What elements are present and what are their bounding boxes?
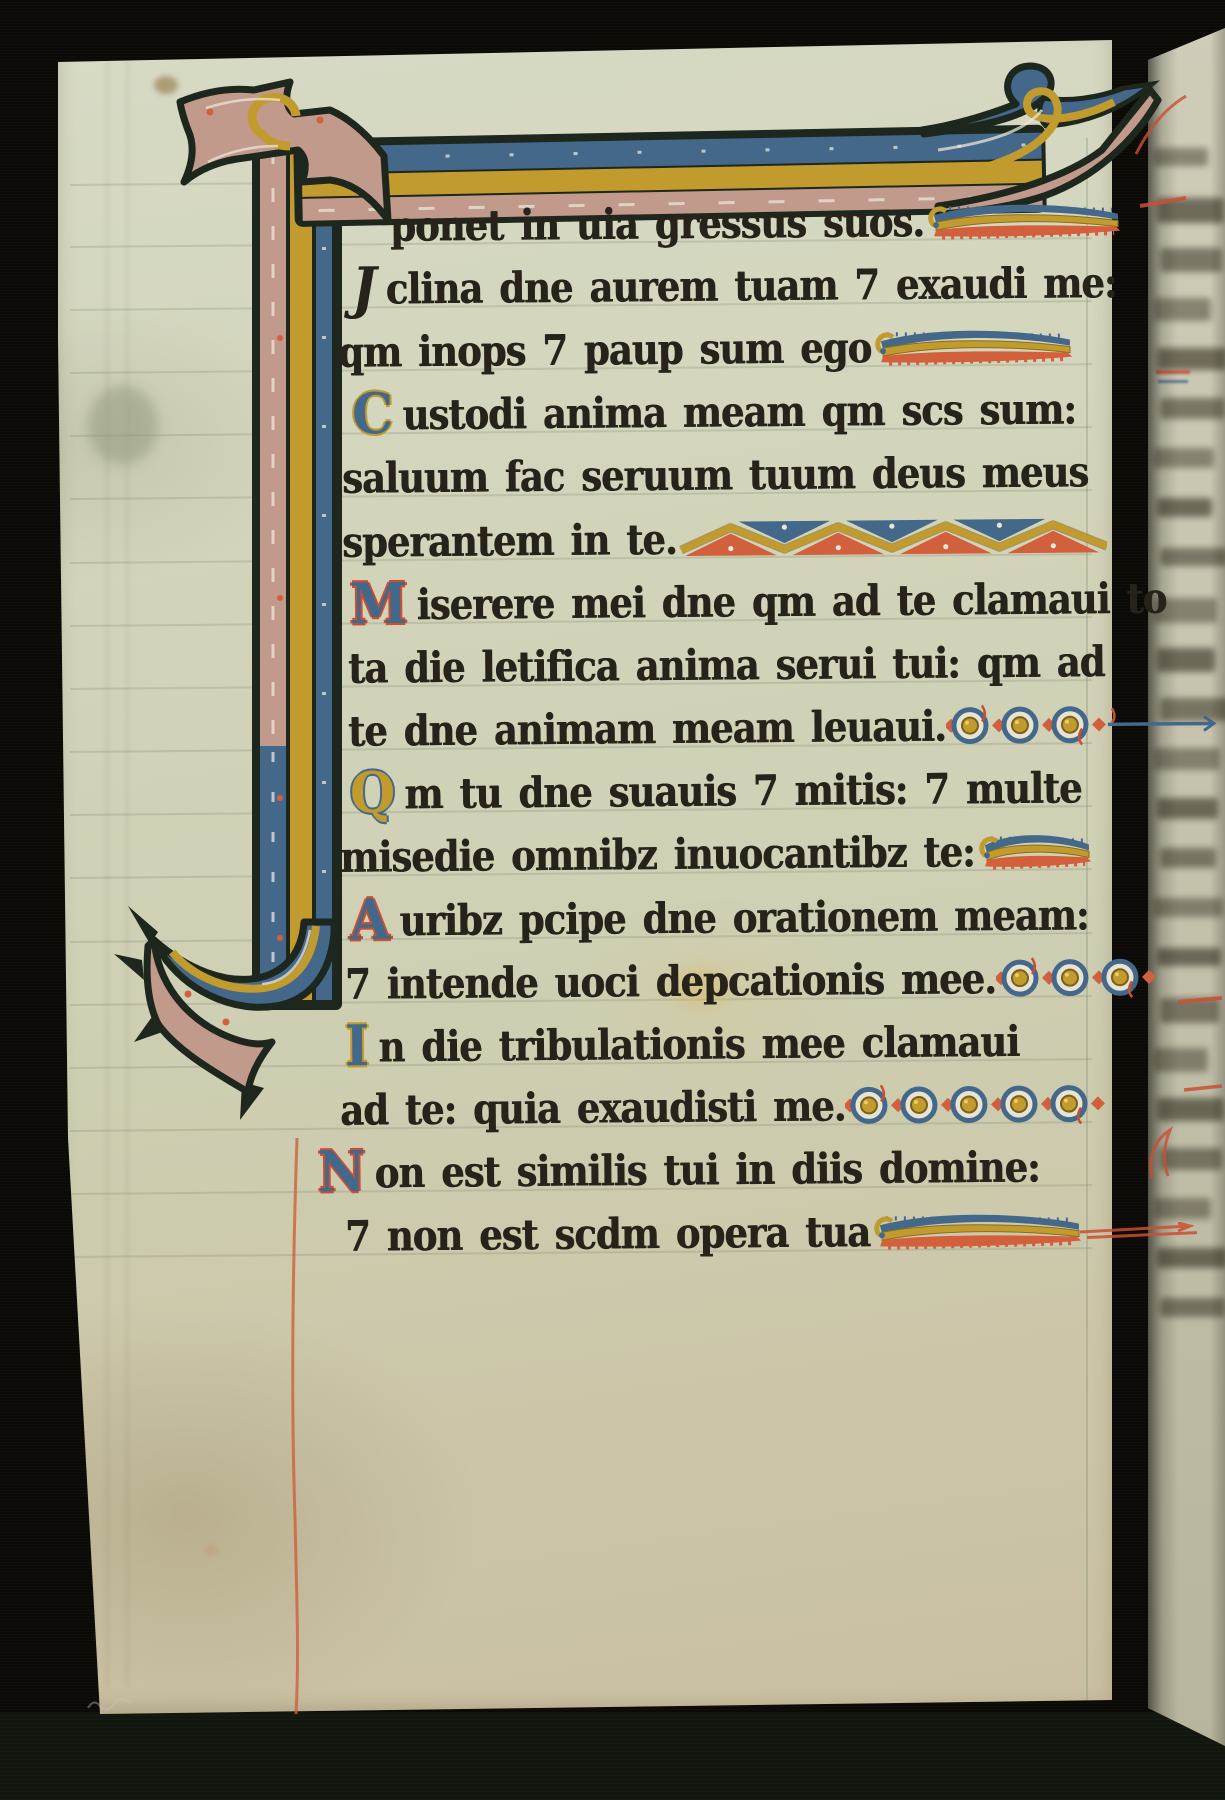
line-text: te dne animam meam leuaui. — [348, 701, 946, 756]
text-line: te dne animam meam leuaui. — [348, 695, 1115, 760]
leaf-line-filler — [974, 828, 1094, 873]
line-text: sperantem in te. — [342, 514, 677, 567]
illuminated-initial: I — [345, 1019, 370, 1075]
line-text: ponet in uia gressus suos. — [390, 196, 924, 251]
text-line: sperantem in te. — [342, 507, 1065, 571]
leaf-line-filler — [871, 324, 1076, 370]
line-text: n die tribulationis mee clamaui — [378, 1016, 1019, 1072]
red-margin-mark — [1138, 194, 1190, 210]
red-margin-mark — [1144, 1126, 1184, 1182]
line-filler — [946, 701, 1225, 747]
line-text: misedie omnibz inuocantibz te: — [340, 826, 975, 882]
text-line: 7 non est scdm opera tua — [345, 1200, 1090, 1264]
roundel-line-filler — [946, 701, 1225, 747]
line-text: 7 intende uoci depcationis mee. — [345, 953, 996, 1009]
red-margin-mark — [1128, 88, 1192, 162]
line-filler — [845, 1081, 1107, 1127]
text-line: Qm tu dne suauis 7 mitis: 7 multe — [350, 759, 1070, 823]
line-text: m tu dne suauis 7 mitis: 7 multe — [404, 763, 1082, 819]
text-line: Custodi anima meam qm scs sum: — [352, 380, 1082, 444]
photograph-of-manuscript: { "document": { "kind": "Illuminated man… — [0, 0, 1225, 1800]
text-line: qm inops 7 paup sum ego — [338, 318, 960, 381]
roundel-line-filler — [996, 955, 1158, 1000]
line-filler — [871, 324, 1076, 370]
line-text: saluum fac seruum tuum deus meus — [342, 446, 1088, 503]
red-tail-line — [1078, 1222, 1196, 1236]
line-filler — [676, 512, 1106, 562]
line-filler — [924, 198, 1124, 244]
page-gutter-shadow — [1148, 24, 1225, 1750]
line-text: qm inops 7 paup sum ego — [338, 322, 872, 377]
text-line: Non est similis tui in diis domine: — [318, 1137, 1078, 1202]
text-line: In die tribulationis mee clamaui — [345, 1012, 1045, 1076]
line-text: iserere mei dne qm ad te clamaui to — [416, 573, 1166, 630]
roundel-line-filler — [845, 1081, 1107, 1127]
black-felt-backdrop — [0, 1712, 1225, 1800]
line-filler — [996, 955, 1158, 1000]
line-text: on est similis tui in diis domine: — [374, 1142, 1039, 1198]
illuminated-initial: C — [352, 387, 394, 444]
zigzag-line-filler — [676, 512, 1106, 562]
text-line: 7 intende uoci depcationis mee. — [345, 949, 1005, 1013]
parchment-crease — [106, 58, 109, 1688]
line-text: ustodi anima meam qm scs sum: — [402, 384, 1076, 440]
line-text: clina dne aurem tuam 7 exaudi me: — [385, 257, 1116, 314]
stain — [88, 386, 158, 464]
line-text: uribz pcipe dne orationem meam: — [399, 889, 1088, 945]
text-line: saluum fac seruum tuum deus meus — [342, 443, 1042, 507]
leaf-line-filler — [924, 198, 1124, 244]
text-line: ponet in uia gressus suos. — [390, 192, 910, 255]
line-filler — [974, 828, 1094, 873]
pencil-scribble — [86, 1694, 138, 1714]
text-line: Auribz pcipe dne orationem meam: — [350, 886, 1080, 950]
illuminated-initial: M — [350, 576, 408, 633]
line-text: ta die letifica anima serui tui: qm ad — [348, 636, 1105, 693]
illuminated-initial: Q — [350, 766, 396, 823]
line-text: ad te: quia exaudisti me. — [340, 1081, 846, 1136]
illuminated-initial: N — [318, 1145, 366, 1202]
red-margin-mark — [1176, 994, 1225, 1008]
red-plummet-line — [288, 1138, 304, 1718]
stain — [154, 76, 178, 94]
text-line: ad te: quia exaudisti me. — [340, 1075, 1015, 1139]
facing-page-fore-edge — [1148, 24, 1225, 1750]
text-line: Miserere mei dne qm ad te clamaui to — [350, 570, 1080, 634]
text-line: misedie omnibz inuocantibz te: — [340, 823, 965, 886]
red-margin-mark — [1182, 1082, 1225, 1094]
stain — [204, 1544, 218, 1556]
illuminated-initial: A — [350, 893, 391, 950]
line-text: 7 non est scdm opera tua — [345, 1206, 870, 1261]
ruling-line — [70, 175, 1092, 185]
text-line: ta die letifica anima serui tui: qm ad — [348, 633, 1073, 697]
illuminated-initial: J — [352, 261, 377, 317]
text-line: Jclina dne aurem tuam 7 exaudi me: — [352, 254, 1092, 318]
parchment-crease — [126, 58, 129, 1688]
